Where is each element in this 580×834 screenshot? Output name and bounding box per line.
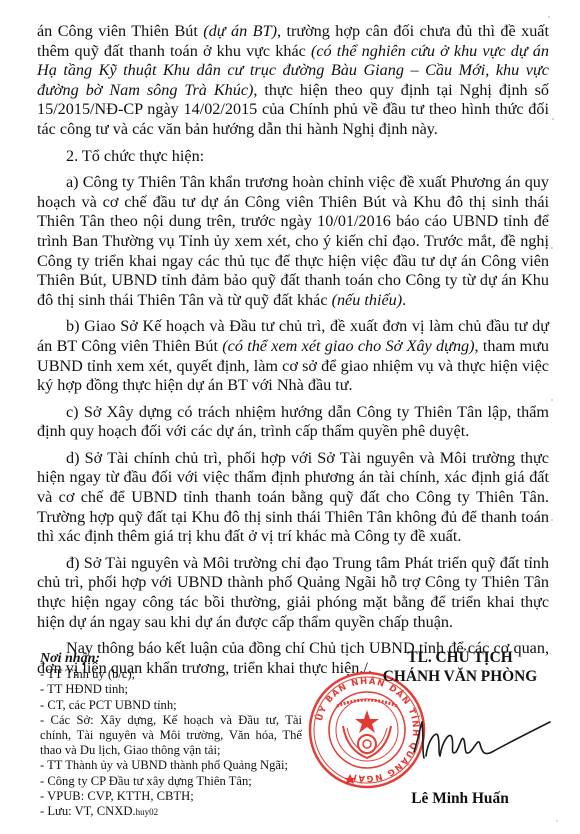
recipient-item: - TT HĐND tỉnh;: [40, 682, 302, 697]
scan-speck: [552, 118, 554, 120]
paragraph-c: c) Sở Xây dựng có trách nhiệm hướng dẫn …: [37, 403, 549, 442]
paragraph-d: d) Sở Tài chính chủ trì, phối hợp với Sở…: [37, 449, 549, 547]
paragraph-a: a) Công ty Thiên Tân khẩn trương hoàn ch…: [37, 173, 549, 310]
recipient-item: - TT Thành ủy và UBND thành phố Quảng Ng…: [40, 758, 302, 773]
document-body: án Công viên Thiên Bút (dự án BT), trườn…: [37, 0, 549, 685]
section-heading: 2. Tổ chức thực hiện:: [37, 147, 549, 167]
recipients-title: Nơi nhận:: [40, 651, 302, 666]
text-run: a) Công ty Thiên Tân khẩn trương hoàn ch…: [37, 173, 549, 309]
recipient-item: - TT Tỉnh ủy (b/c);: [40, 667, 302, 682]
italic-run: (dự án BT): [203, 22, 277, 40]
document-page: án Công viên Thiên Bút (dự án BT), trườn…: [0, 0, 580, 834]
signer-name: Lê Minh Huấn: [360, 790, 560, 808]
signer-authority: TL. CHỦ TỊCH: [360, 648, 560, 667]
recipient-item: - Các Sở: Xây dựng, Kế hoạch và Đầu tư, …: [40, 713, 302, 759]
paragraph-continuation: án Công viên Thiên Bút (dự án BT), trườn…: [37, 22, 549, 140]
text-run: án Công viên Thiên Bút: [37, 22, 203, 40]
recipient-item: - Công ty CP Đầu tư xây dựng Thiên Tân;: [40, 774, 302, 789]
scan-speck: [551, 519, 553, 521]
signer-position: CHÁNH VĂN PHÒNG: [360, 667, 560, 686]
recipient-item-archive: - Lưu: VT, CNXD.huy02: [40, 804, 302, 820]
italic-run: (nếu thiếu): [332, 291, 403, 309]
scan-speck: [551, 399, 553, 401]
italic-run: (có thể xem xét giao cho Sở Xây dựng): [222, 337, 474, 355]
text-run: .: [402, 291, 406, 309]
recipient-item: - CT, các PCT UBND tỉnh;: [40, 698, 302, 713]
file-code: huy02: [136, 807, 159, 817]
recipients-block: Nơi nhận: - TT Tỉnh ủy (b/c); - TT HĐND …: [40, 651, 302, 820]
scan-speck: [548, 16, 550, 18]
scan-speck: [551, 247, 553, 249]
paragraph-dd: đ) Sở Tài nguyên và Môi trường chỉ đạo T…: [37, 554, 549, 632]
handwritten-signature-icon: [400, 700, 560, 770]
text-run: - Lưu: VT, CNXD.: [40, 804, 136, 818]
scan-speck: [556, 820, 558, 822]
signature-title: TL. CHỦ TỊCH CHÁNH VĂN PHÒNG: [360, 648, 560, 686]
recipient-item: - VPUB: CVP, KTTH, CBTH;: [40, 789, 302, 804]
paragraph-b: b) Giao Sở Kế hoạch và Đầu tư chủ trì, đ…: [37, 317, 549, 395]
